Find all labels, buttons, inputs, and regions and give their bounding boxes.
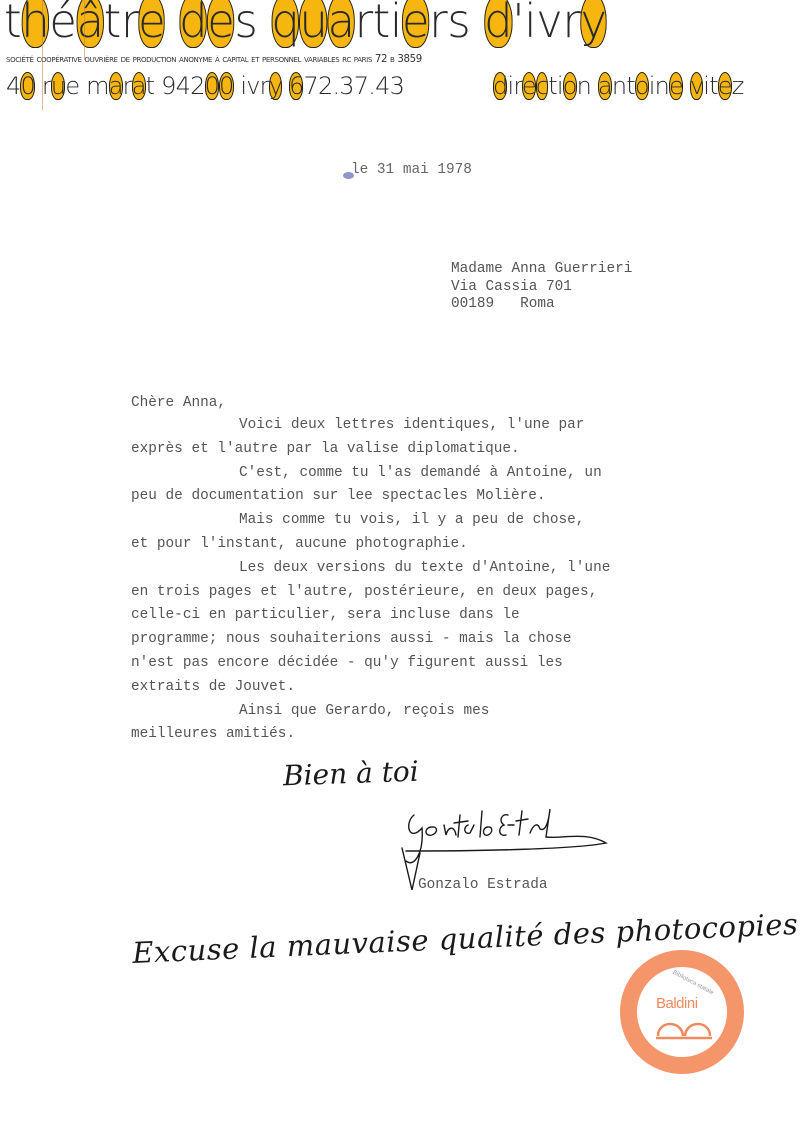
- body-line: en trois pages et l'autre, postérieure, …: [131, 581, 610, 605]
- stamp-ring: [620, 950, 744, 1074]
- letter-body: Voici deux lettres identiques, l'une par…: [131, 414, 610, 747]
- recipient-street: Via Cassia 701: [451, 279, 632, 297]
- body-line: n'est pas encore décidée - qu'y figurent…: [131, 652, 610, 676]
- body-line: Ainsi que Gerardo, reçois mes: [131, 700, 610, 724]
- salutation: Chère Anna,: [131, 394, 226, 414]
- body-line: Mais comme tu vois, il y a peu de chose,: [131, 509, 610, 533]
- letterhead-direction: direction antoine vitez: [493, 72, 744, 100]
- body-line: celle-ci en particulier, sera incluse da…: [131, 604, 610, 628]
- scan-artifact-line: [84, 0, 85, 60]
- recipient-city: 00189 Roma: [451, 296, 632, 314]
- letterhead-title: théâtre des quartiers d'ivry: [4, 0, 788, 48]
- body-line: C'est, comme tu l'as demandé à Antoine, …: [131, 462, 610, 486]
- body-line: programme; nous souhaiterions aussi - ma…: [131, 628, 610, 652]
- letterhead-title-text: théâtre des quartiers d'ivry: [4, 0, 607, 48]
- letterhead-legal-line: société coopérative ouvrière de producti…: [6, 54, 800, 65]
- open-book-icon: [656, 1014, 712, 1040]
- recipient-address: Madame Anna GuerrieriVia Cassia 70100189…: [451, 261, 632, 314]
- body-line: et pour l'instant, aucune photographie.: [131, 533, 610, 557]
- stamp-name: Baldini: [656, 995, 698, 1012]
- scan-artifact-line: [42, 0, 43, 110]
- letter-date: le 31 mai 1978: [351, 161, 472, 181]
- recipient-name: Madame Anna Guerrieri: [451, 261, 632, 279]
- library-stamp: Biblioteca statale Baldini: [620, 950, 744, 1074]
- body-line: exprès et l'autre par la valise diplomat…: [131, 438, 610, 462]
- body-line: peu de documentation sur lee spectacles …: [131, 485, 610, 509]
- signer-name: Gonzalo Estrada: [418, 876, 548, 896]
- body-line: meilleures amitiés.: [131, 723, 610, 747]
- handwritten-closing: Bien à toi: [282, 755, 419, 793]
- body-line: Voici deux lettres identiques, l'une par: [131, 414, 610, 438]
- letterhead-address-line: 40 rue marat 94200 ivry 672.37.43 direct…: [6, 72, 800, 100]
- letterhead-address: 40 rue marat 94200 ivry 672.37.43: [6, 72, 404, 100]
- body-line: Les deux versions du texte d'Antoine, l'…: [131, 557, 610, 581]
- body-line: extraits de Jouvet.: [131, 676, 610, 700]
